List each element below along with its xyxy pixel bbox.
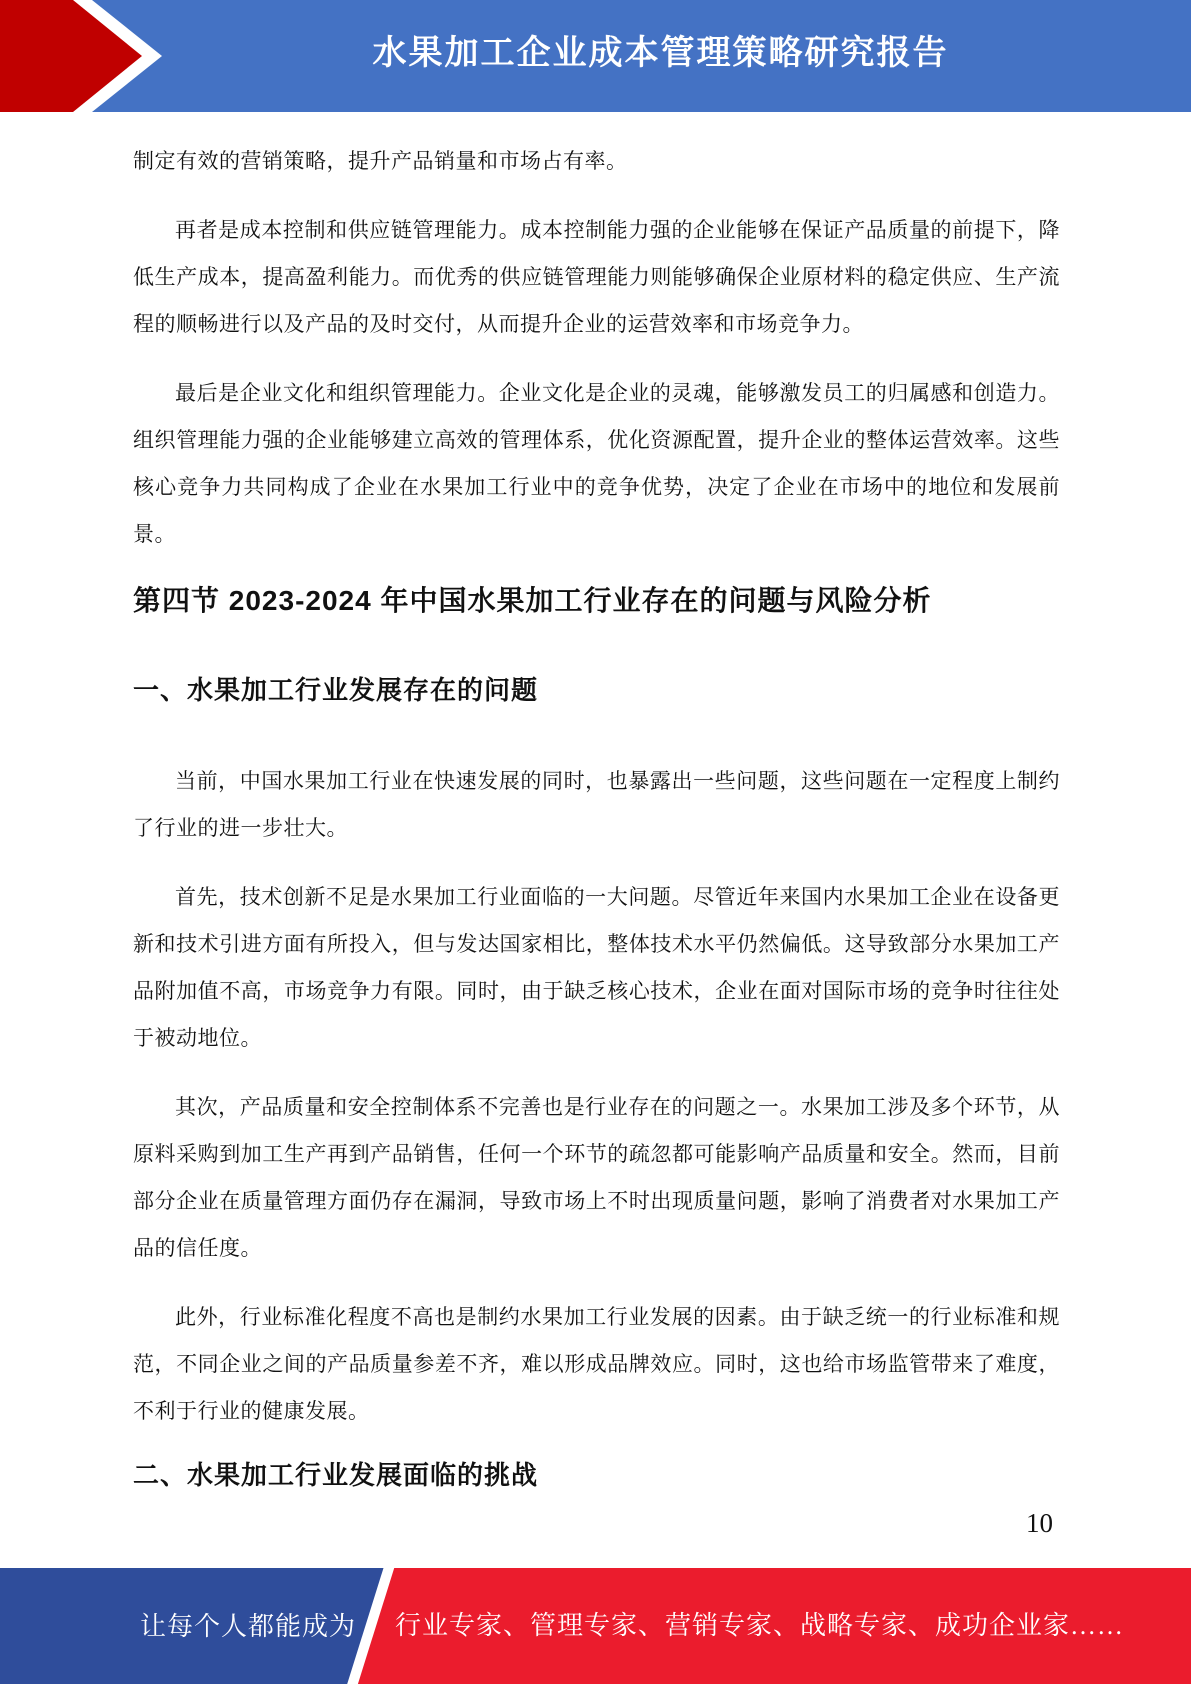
footer-slogan-right: 行业专家、管理专家、营销专家、战略专家、成功企业家…… — [395, 1613, 1124, 1639]
paragraph-continuation: 制定有效的营销策略，提升产品销量和市场占有率。 — [133, 138, 1060, 185]
paragraph-third-issue: 此外，行业标准化程度不高也是制约水果加工行业发展的因素。由于缺乏统一的行业标准和… — [133, 1294, 1060, 1435]
page-header-band: 水果加工企业成本管理策略研究报告 — [0, 0, 1191, 112]
page-number: 10 — [1026, 1508, 1053, 1539]
paragraph-second-issue: 其次，产品质量和安全控制体系不完善也是行业存在的问题之一。水果加工涉及多个环节，… — [133, 1084, 1060, 1272]
report-title: 水果加工企业成本管理策略研究报告 — [170, 0, 1151, 112]
paragraph-current: 当前，中国水果加工行业在快速发展的同时，也暴露出一些问题，这些问题在一定程度上制… — [133, 758, 1060, 852]
sub-heading-problems: 一、水果加工行业发展存在的问题 — [133, 672, 1060, 708]
chevron-arrow-icon — [0, 0, 170, 112]
paragraph-cost-control: 再者是成本控制和供应链管理能力。成本控制能力强的企业能够在保证产品质量的前提下，… — [133, 207, 1060, 348]
footer-slogan-left: 让每个人都能成为 — [140, 1614, 356, 1640]
document-body: 制定有效的营销策略，提升产品销量和市场占有率。 再者是成本控制和供应链管理能力。… — [133, 112, 1060, 1493]
sub-heading-challenges: 二、水果加工行业发展面临的挑战 — [133, 1457, 1060, 1493]
report-page: 水果加工企业成本管理策略研究报告 制定有效的营销策略，提升产品销量和市场占有率。… — [0, 0, 1191, 1684]
page-footer-band: 让每个人都能成为 行业专家、管理专家、营销专家、战略专家、成功企业家…… — [0, 1568, 1191, 1684]
paragraph-culture: 最后是企业文化和组织管理能力。企业文化是企业的灵魂，能够激发员工的归属感和创造力… — [133, 370, 1060, 558]
section-heading-4: 第四节 2023-2024 年中国水果加工行业存在的问题与风险分析 — [133, 580, 1060, 622]
paragraph-first-issue: 首先，技术创新不足是水果加工行业面临的一大问题。尽管近年来国内水果加工企业在设备… — [133, 874, 1060, 1062]
